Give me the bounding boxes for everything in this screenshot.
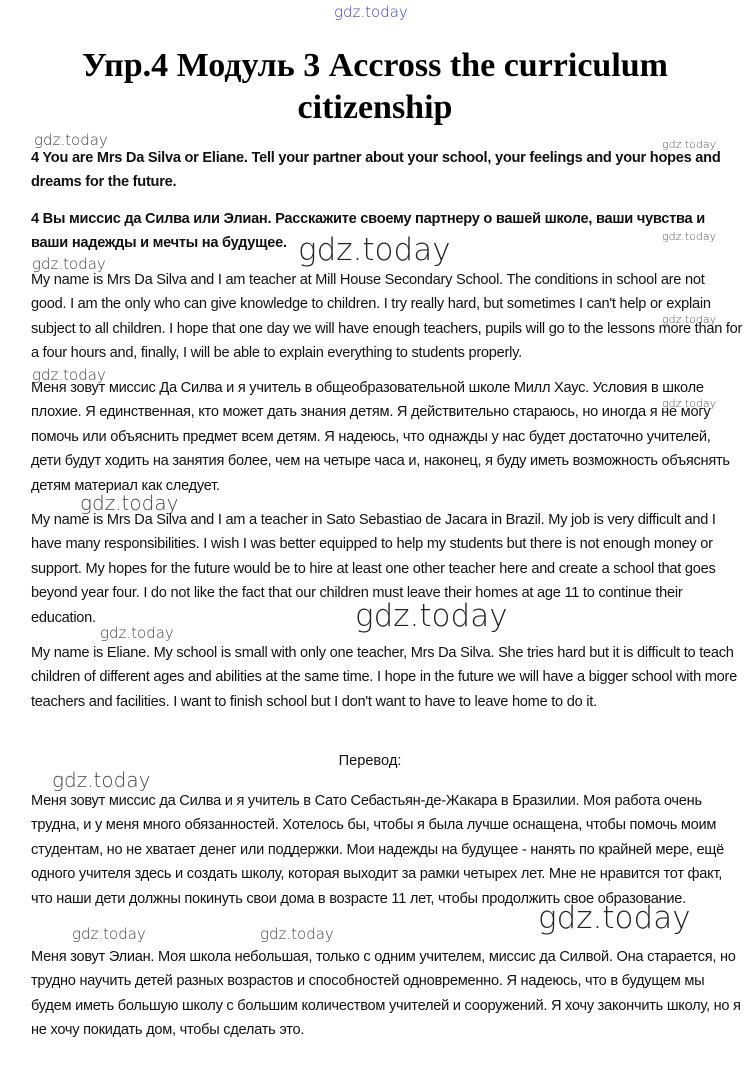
watermark: gdz.today: [72, 925, 146, 943]
answer-1-russian: Меня зовут миссис Да Силва и я учитель в…: [31, 376, 743, 498]
title-line-1: Упр.4 Модуль 3 Accross the curriculum: [0, 45, 750, 87]
task-english: 4 You are Mrs Da Silva or Eliane. Tell y…: [31, 146, 743, 195]
task-russian: 4 Вы миссис да Силва или Элиан. Расскажи…: [31, 207, 743, 256]
translation-label: Перевод:: [0, 753, 740, 769]
page-title: Упр.4 Модуль 3 Accross the curriculum ci…: [0, 45, 750, 129]
watermark: gdz.today: [260, 925, 334, 943]
answer-2-russian: Меня зовут миссис да Силва и я учитель в…: [31, 789, 743, 911]
answer-3-russian: Меня зовут Элиан. Моя школа небольшая, т…: [31, 945, 743, 1043]
watermark-top[interactable]: gdz.today: [334, 3, 408, 21]
answer-3-english: My name is Eliane. My school is small wi…: [31, 641, 743, 714]
answer-1-english: My name is Mrs Da Silva and I am teacher…: [31, 268, 743, 366]
title-line-2: citizenship: [0, 87, 750, 129]
answer-2-english: My name is Mrs Da Silva and I am a teach…: [31, 508, 743, 630]
